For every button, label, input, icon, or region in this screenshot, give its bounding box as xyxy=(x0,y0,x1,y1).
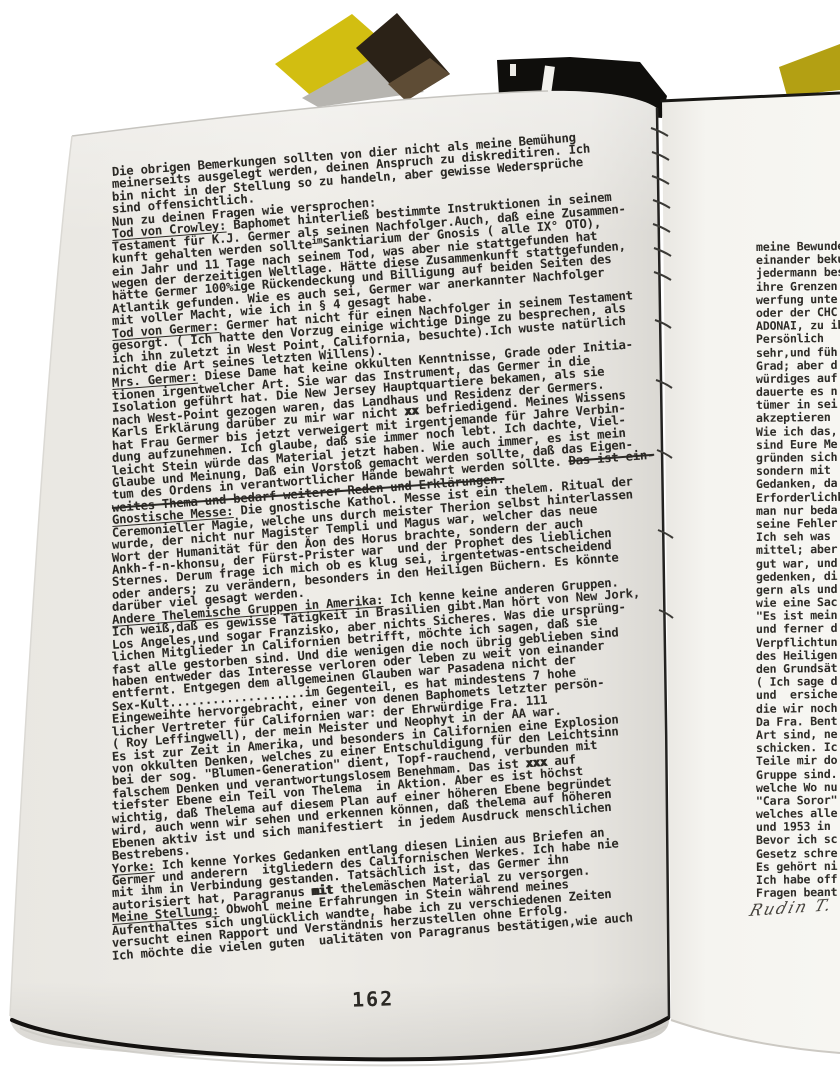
left-page-text: Die obrigen Bemerkungen sollten von dier… xyxy=(112,166,712,962)
page-number: 162 xyxy=(352,987,395,1010)
paper-sliver-small xyxy=(510,64,516,76)
book-photo: Die obrigen Bemerkungen sollten von dier… xyxy=(0,0,840,1080)
bookmark-olive xyxy=(779,44,840,96)
right-page-text: meine Bewundeeinander bekujedermann besi… xyxy=(756,241,840,900)
